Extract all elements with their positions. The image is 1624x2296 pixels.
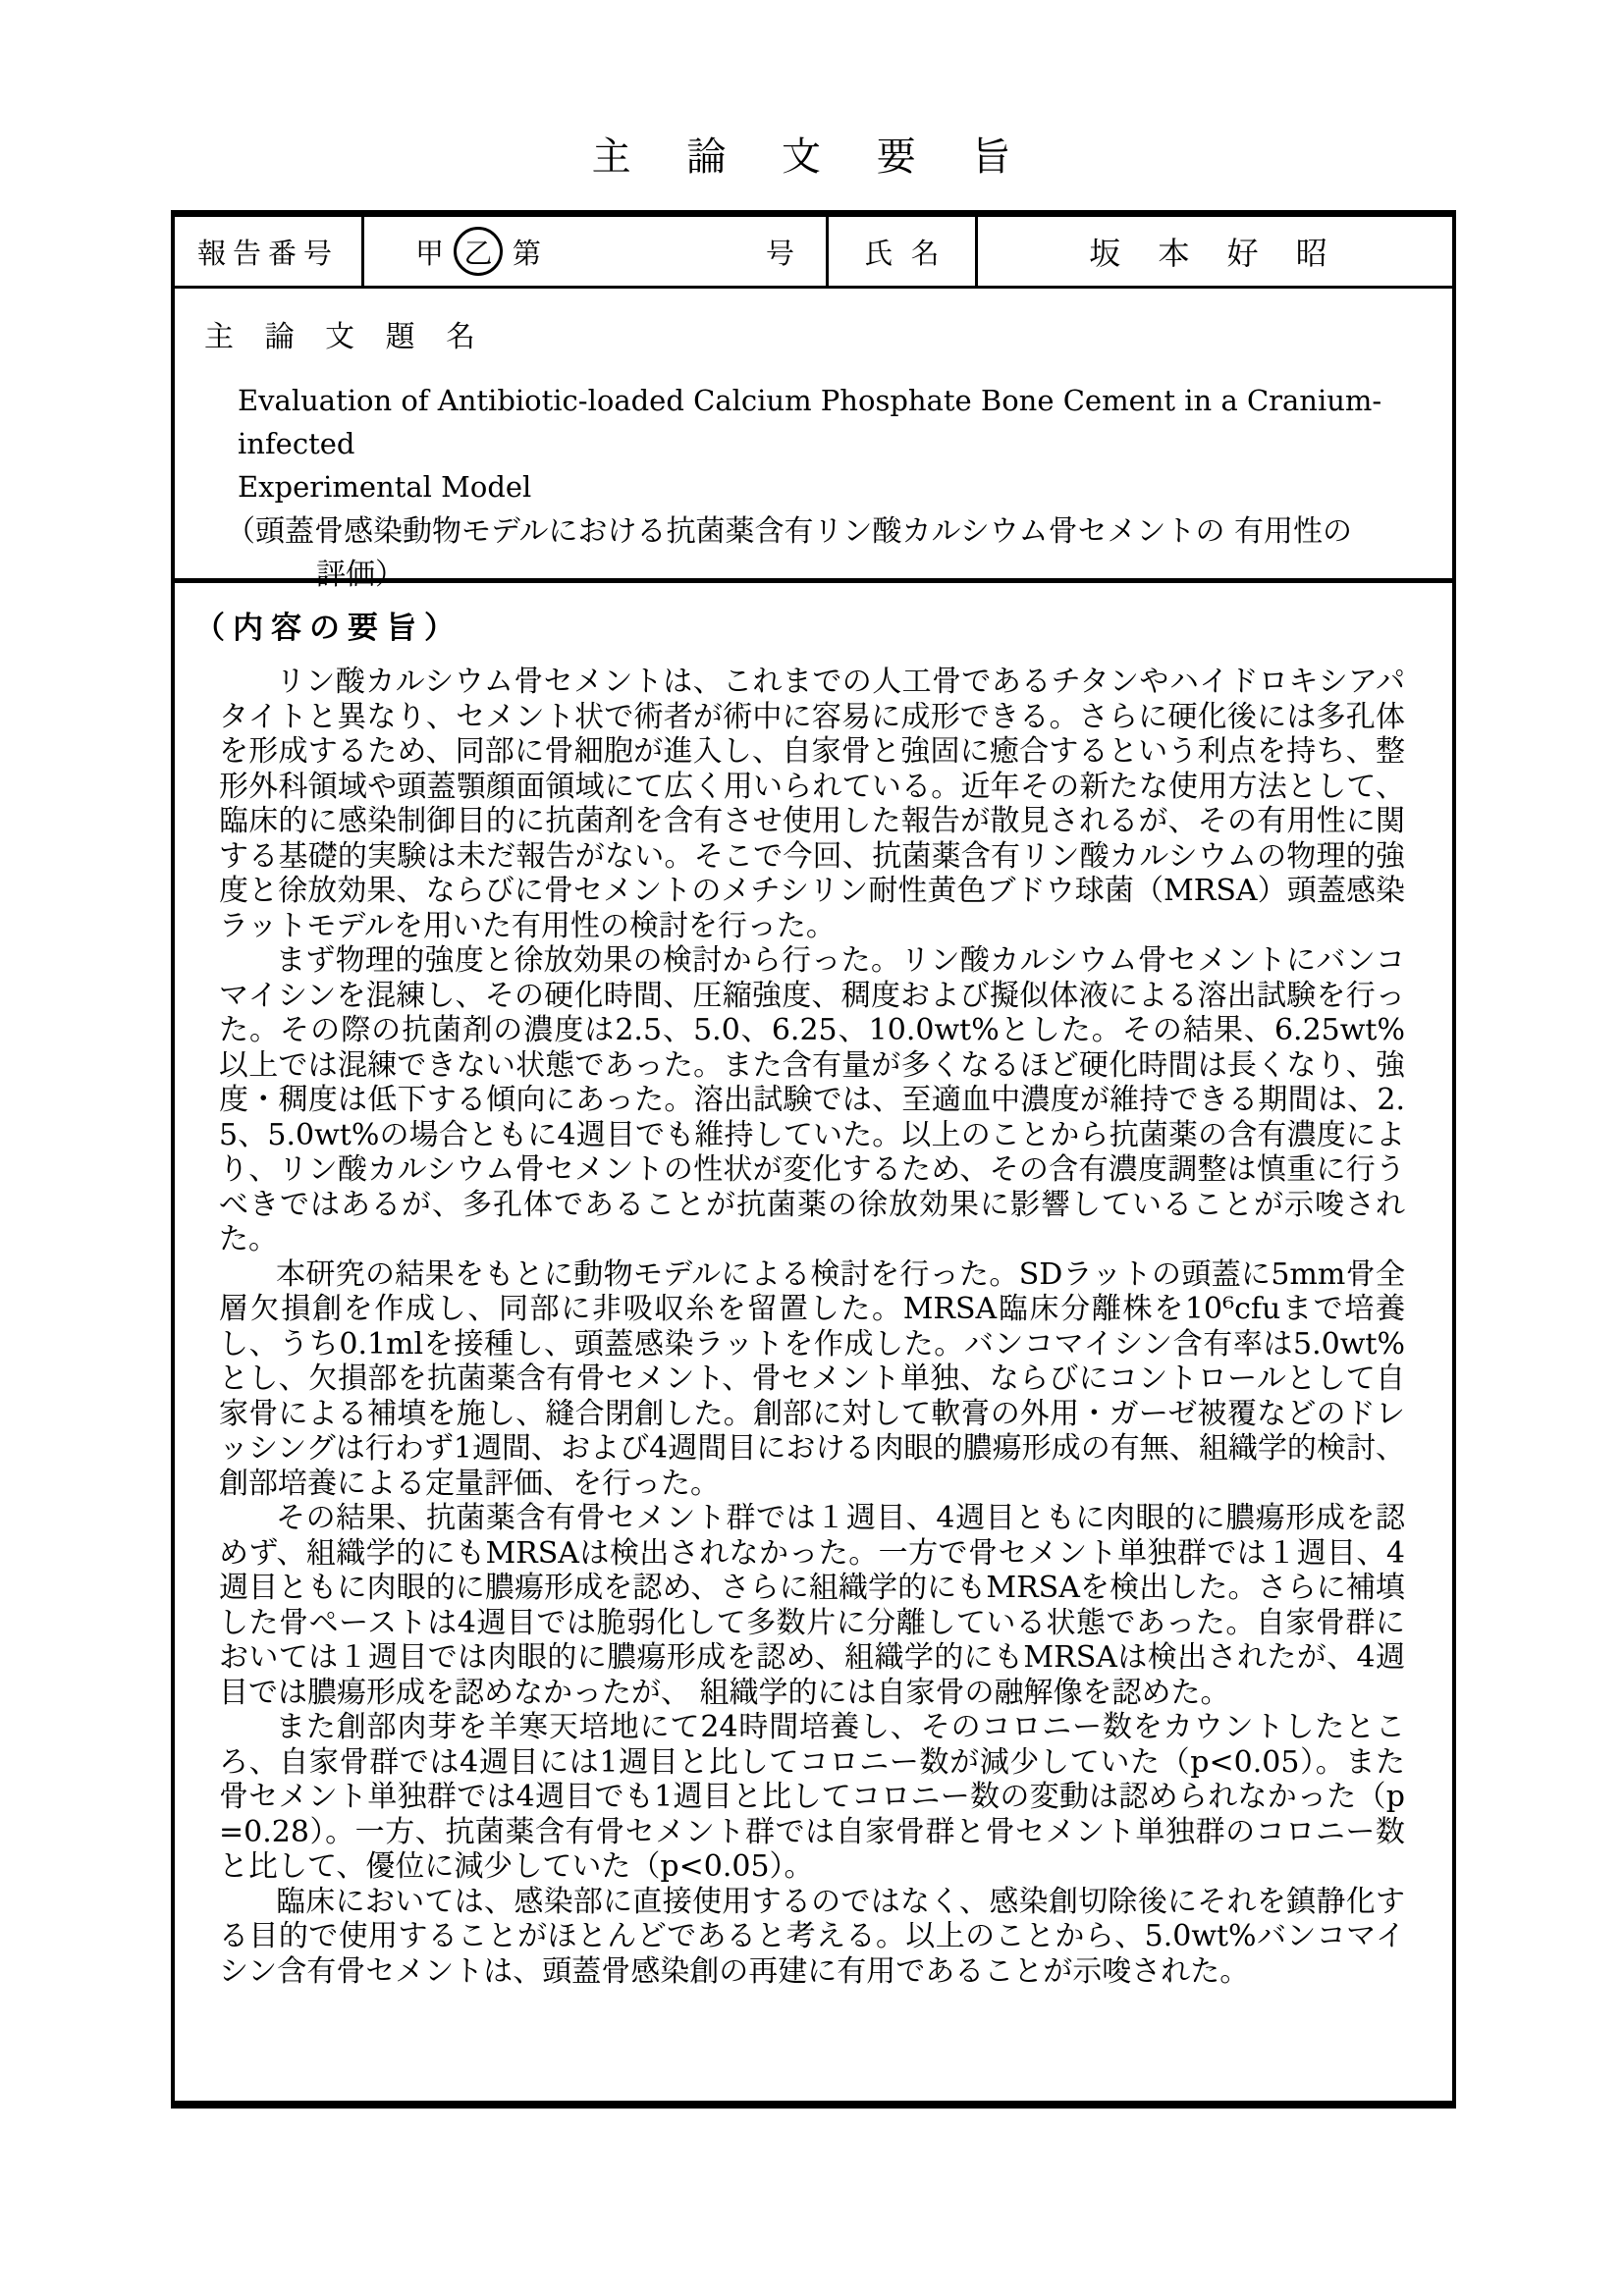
report-number-cell: 甲 乙 第 号 (364, 217, 829, 286)
report-dai-label: 第 (513, 232, 541, 272)
abstract-section-label: （内容の要旨） (194, 603, 1452, 647)
thesis-title-english-line1: Evaluation of Antibiotic-loaded Calcium … (238, 379, 1398, 465)
abstract-body: リン酸カルシウム骨セメントは、これまでの人工骨であるチタンやハイドロキシアパタイ… (219, 665, 1405, 1989)
thesis-title-japanese: （頭蓋骨感染動物モデルにおける抗菌薬含有リン酸カルシウム骨セメントの 有用性の … (226, 510, 1398, 597)
thesis-title-japanese-line1: （頭蓋骨感染動物モデルにおける抗菌薬含有リン酸カルシウム骨セメントの 有用性の (226, 510, 1398, 554)
name-value: 坂 本 好 昭 (978, 217, 1452, 286)
abstract-paragraph-5: また創部肉芽を羊寒天培地にて24時間培養し、そのコロニー数をカウントしたところ、… (219, 1710, 1405, 1885)
report-gou-label: 号 (766, 232, 794, 272)
abstract-paragraph-4: その結果、抗菌薬含有骨セメント群では１週目、4週目ともに肉眼的に膿瘍形成を認めず… (219, 1501, 1405, 1710)
summary-table: 報告番号 甲 乙 第 号 氏 名 坂 本 好 昭 主 論 文 題 名 Evalu… (171, 210, 1456, 2109)
thesis-title-section: 主 論 文 題 名 Evaluation of Antibiotic-loade… (175, 312, 1452, 583)
thesis-title-japanese-line2: 評価） (316, 554, 1398, 597)
abstract-section: （内容の要旨） リン酸カルシウム骨セメントは、これまでの人工骨であるチタンやハイ… (175, 603, 1452, 1989)
name-label: 氏 名 (829, 217, 978, 286)
header-row: 報告番号 甲 乙 第 号 氏 名 坂 本 好 昭 (175, 217, 1452, 289)
report-otsu-option-circled: 乙 (454, 227, 503, 276)
abstract-paragraph-6: 臨床においては、感染部に直接使用するのではなく、感染創切除後にそれを鎮静化する目… (219, 1885, 1405, 1990)
report-kou-option: 甲 (415, 232, 444, 272)
report-number-label: 報告番号 (175, 217, 364, 286)
abstract-paragraph-1: リン酸カルシウム骨セメントは、これまでの人工骨であるチタンやハイドロキシアパタイ… (219, 665, 1405, 943)
abstract-paragraph-3: 本研究の結果をもとに動物モデルによる検討を行った。SDラットの頭蓋に5mm骨全層… (219, 1257, 1405, 1502)
abstract-paragraph-2: まず物理的強度と徐放効果の検討から行った。リン酸カルシウム骨セメントにバンコマイ… (219, 943, 1405, 1257)
thesis-title-section-label: 主 論 文 題 名 (204, 312, 1452, 355)
thesis-title-english-line2: Experimental Model (238, 465, 1398, 508)
thesis-summary-page: 主 論 文 要 旨 報告番号 甲 乙 第 号 氏 名 坂 本 好 昭 主 論 文… (0, 0, 1624, 2296)
document-title: 主 論 文 要 旨 (0, 126, 1624, 182)
thesis-title-english: Evaluation of Antibiotic-loaded Calcium … (238, 379, 1398, 508)
